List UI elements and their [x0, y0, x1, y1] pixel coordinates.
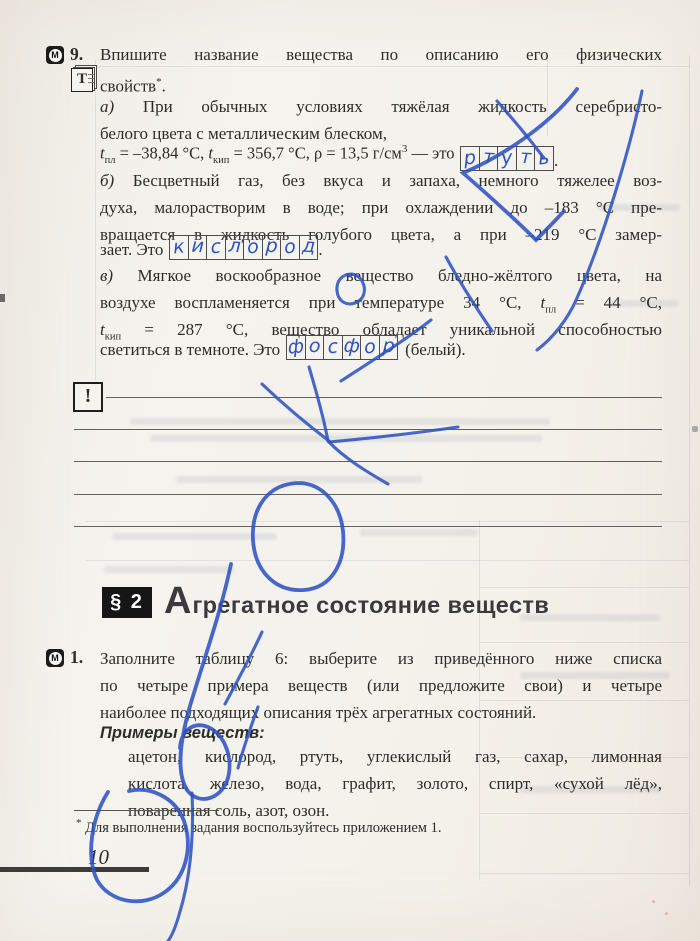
bleed-artifact [85, 521, 689, 522]
bleed-artifact [689, 55, 690, 885]
footnote-text: Для выполнения задания воспользуйтесь пр… [85, 820, 441, 836]
task9a-line1: а) При обычных условиях тяжёлая жидкость… [100, 94, 662, 120]
bleed-artifact [95, 60, 96, 380]
task9b-line1: б) Бесцветный газ, без вкуса и запаха, н… [100, 168, 662, 194]
task9v-line1: в) Мягкое воскообразное вещество бледно-… [100, 263, 662, 289]
task1-line2: по четыре примера веществ (или предложит… [100, 673, 662, 699]
answer-cell[interactable]: к [169, 235, 189, 260]
bleed-artifact [104, 566, 234, 573]
handwritten-letter: и [188, 231, 207, 262]
task9b-answer-row: зает. Это кислород . [100, 237, 323, 263]
task9b-label: б) [100, 171, 114, 190]
answer-cells-oxygen: кислород [169, 235, 318, 260]
bleed-artifact [360, 529, 478, 536]
handwritten-letter: д [299, 231, 318, 262]
writing-line[interactable] [74, 494, 662, 495]
task9v-answer-lead: светиться в темноте. Это [100, 337, 280, 363]
methodic-badge-icon: М [46, 649, 64, 667]
bleed-artifact [480, 642, 689, 643]
answer-cell[interactable]: о [361, 335, 380, 360]
bleed-artifact [85, 560, 689, 561]
task9b-period: . [318, 238, 322, 263]
attention-icon: ! [73, 382, 103, 412]
answer-cell[interactable]: р [263, 235, 282, 260]
task9-number: 9. [70, 44, 83, 65]
task9b-line2: духа, малорастворим в воде; при охлажден… [100, 195, 662, 221]
answer-cell[interactable]: р [380, 335, 399, 360]
answer-cell[interactable]: о [244, 235, 263, 260]
writing-line[interactable] [74, 461, 662, 462]
task9v-tail: (белый). [405, 338, 466, 363]
task1-number: 1. [70, 647, 83, 668]
notebook-icon-line [88, 78, 94, 79]
examples-label: Примеры веществ: [100, 724, 265, 743]
footnote-divider [74, 810, 219, 811]
writing-line[interactable] [74, 526, 662, 527]
notebook-icon-line [88, 82, 94, 83]
handwritten-letter: ф [342, 331, 361, 362]
handwritten-letter: о [280, 231, 300, 262]
examples-line2: кислота, железо, вода, графит, золото, с… [128, 771, 662, 797]
bleed-artifact [112, 533, 277, 540]
handwritten-letter: л [225, 231, 244, 262]
section-number-box: § 2 [102, 587, 152, 618]
section-title: Агрегатное состояние веществ [164, 580, 549, 623]
handwritten-letter: р [262, 231, 281, 262]
m-badge-letter: М [49, 652, 62, 665]
answer-cell[interactable]: ф [343, 335, 362, 360]
task9v-text: Мягкое воскообразное вещество бледно-жёл… [138, 266, 662, 285]
writing-line[interactable] [106, 397, 662, 398]
workbook-page: М 9. Впишите название вещества по описан… [0, 0, 700, 941]
page-number-rule [0, 867, 149, 872]
notebook-icon-letter: Т [71, 68, 93, 92]
task9a-label: а) [100, 97, 114, 116]
answer-cell[interactable]: л [226, 235, 245, 260]
task9v-label: в) [100, 266, 113, 285]
handwritten-letter: ф [286, 331, 306, 362]
task9-intro-word: свойств [100, 77, 156, 96]
section-title-initial: А [164, 580, 192, 623]
answer-cell[interactable]: ф [286, 335, 306, 360]
bleed-artifact [480, 873, 689, 874]
task1-line1: Заполните таблицу 6: выберите из приведё… [100, 646, 662, 672]
section-title-rest: грегатное состояние веществ [192, 592, 549, 619]
task9v-answer-row: светиться в темноте. Это фосфор (белый). [100, 337, 466, 363]
handwritten-letter: с [206, 231, 226, 262]
scan-speckle [665, 912, 668, 915]
task9a-text: При обычных условиях тяжёлая жидкость се… [143, 97, 662, 116]
answer-cell[interactable]: о [306, 335, 325, 360]
answer-cell[interactable]: и [189, 235, 208, 260]
handwritten-letter: о [243, 231, 263, 262]
handwritten-letter: о [360, 331, 380, 362]
handwritten-letter: с [323, 331, 343, 362]
writing-line[interactable] [74, 429, 662, 430]
task1-line3: наиболее подходящих описания трёх агрега… [100, 700, 662, 726]
handwritten-letter: р [379, 331, 398, 362]
answer-cell[interactable]: с [324, 335, 343, 360]
bleed-artifact [130, 418, 550, 425]
m-badge-letter: М [49, 49, 62, 62]
scan-speckle [652, 900, 655, 903]
task9-intro-line1: Впишите название вещества по описанию ег… [100, 42, 662, 68]
notebook-icon-line [88, 74, 94, 75]
answer-cell[interactable]: о [281, 235, 300, 260]
methodic-badge-icon: М [46, 46, 64, 64]
notebook-icon: Т [71, 68, 96, 93]
scan-edge-mark [692, 426, 698, 432]
answer-cell[interactable]: д [300, 235, 319, 260]
answer-cell[interactable]: с [207, 235, 226, 260]
answer-cells-phosphorus: фосфор [286, 335, 398, 360]
task9b-text: Бесцветный газ, без вкуса и запаха, немн… [133, 171, 662, 190]
handwritten-letter: о [305, 331, 324, 362]
footnote-mark: * [76, 817, 82, 829]
scan-edge-mark [0, 294, 5, 302]
examples-line1: ацетон, кислород, ртуть, углекислый газ,… [128, 744, 662, 770]
task9b-answer-lead: зает. Это [100, 237, 163, 263]
task9-intro-dot: . [162, 77, 166, 96]
bleed-artifact [176, 476, 422, 483]
footnote: * Для выполнения задания воспользуйтесь … [76, 817, 596, 837]
bleed-artifact [150, 435, 542, 442]
handwritten-letter: к [169, 231, 189, 262]
